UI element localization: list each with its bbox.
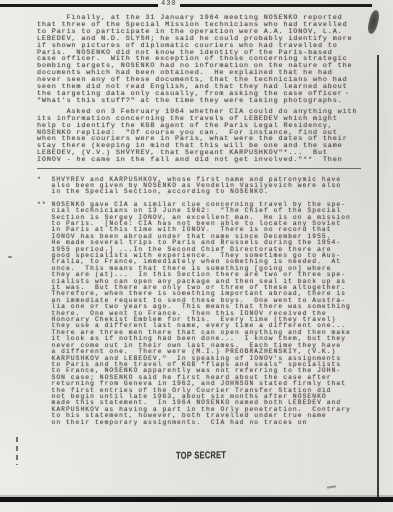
left-margin-dash-mark [16,437,18,465]
body-paragraph-2: Asked on 3 February 1964 whether CIA cou… [37,109,361,164]
scan-speck [8,256,12,258]
classification-stamp: TOP SECRET [176,449,226,461]
footnote-2: ** NOSENKO gave CIA a similar clue conce… [37,202,361,426]
bottom-border-rule [0,497,393,502]
scan-smudge-artifact [366,9,381,34]
page-number: 430 [158,0,180,8]
footnote-separator-rule [37,168,361,169]
scan-speck [346,92,348,94]
right-edge-scan-line [377,55,379,498]
scan-speck [327,485,336,488]
document-text-column: Finally, at the 31 January 1964 meeting … [37,15,361,426]
top-border-rule [0,4,372,7]
body-paragraph-1: Finally, at the 31 January 1964 meeting … [37,15,361,105]
footnote-1: * SHVYREV and KARPUSHKOV, whose first na… [37,177,361,196]
scanned-document-page: 430 Finally, at the 31 January 1964 meet… [0,0,393,512]
